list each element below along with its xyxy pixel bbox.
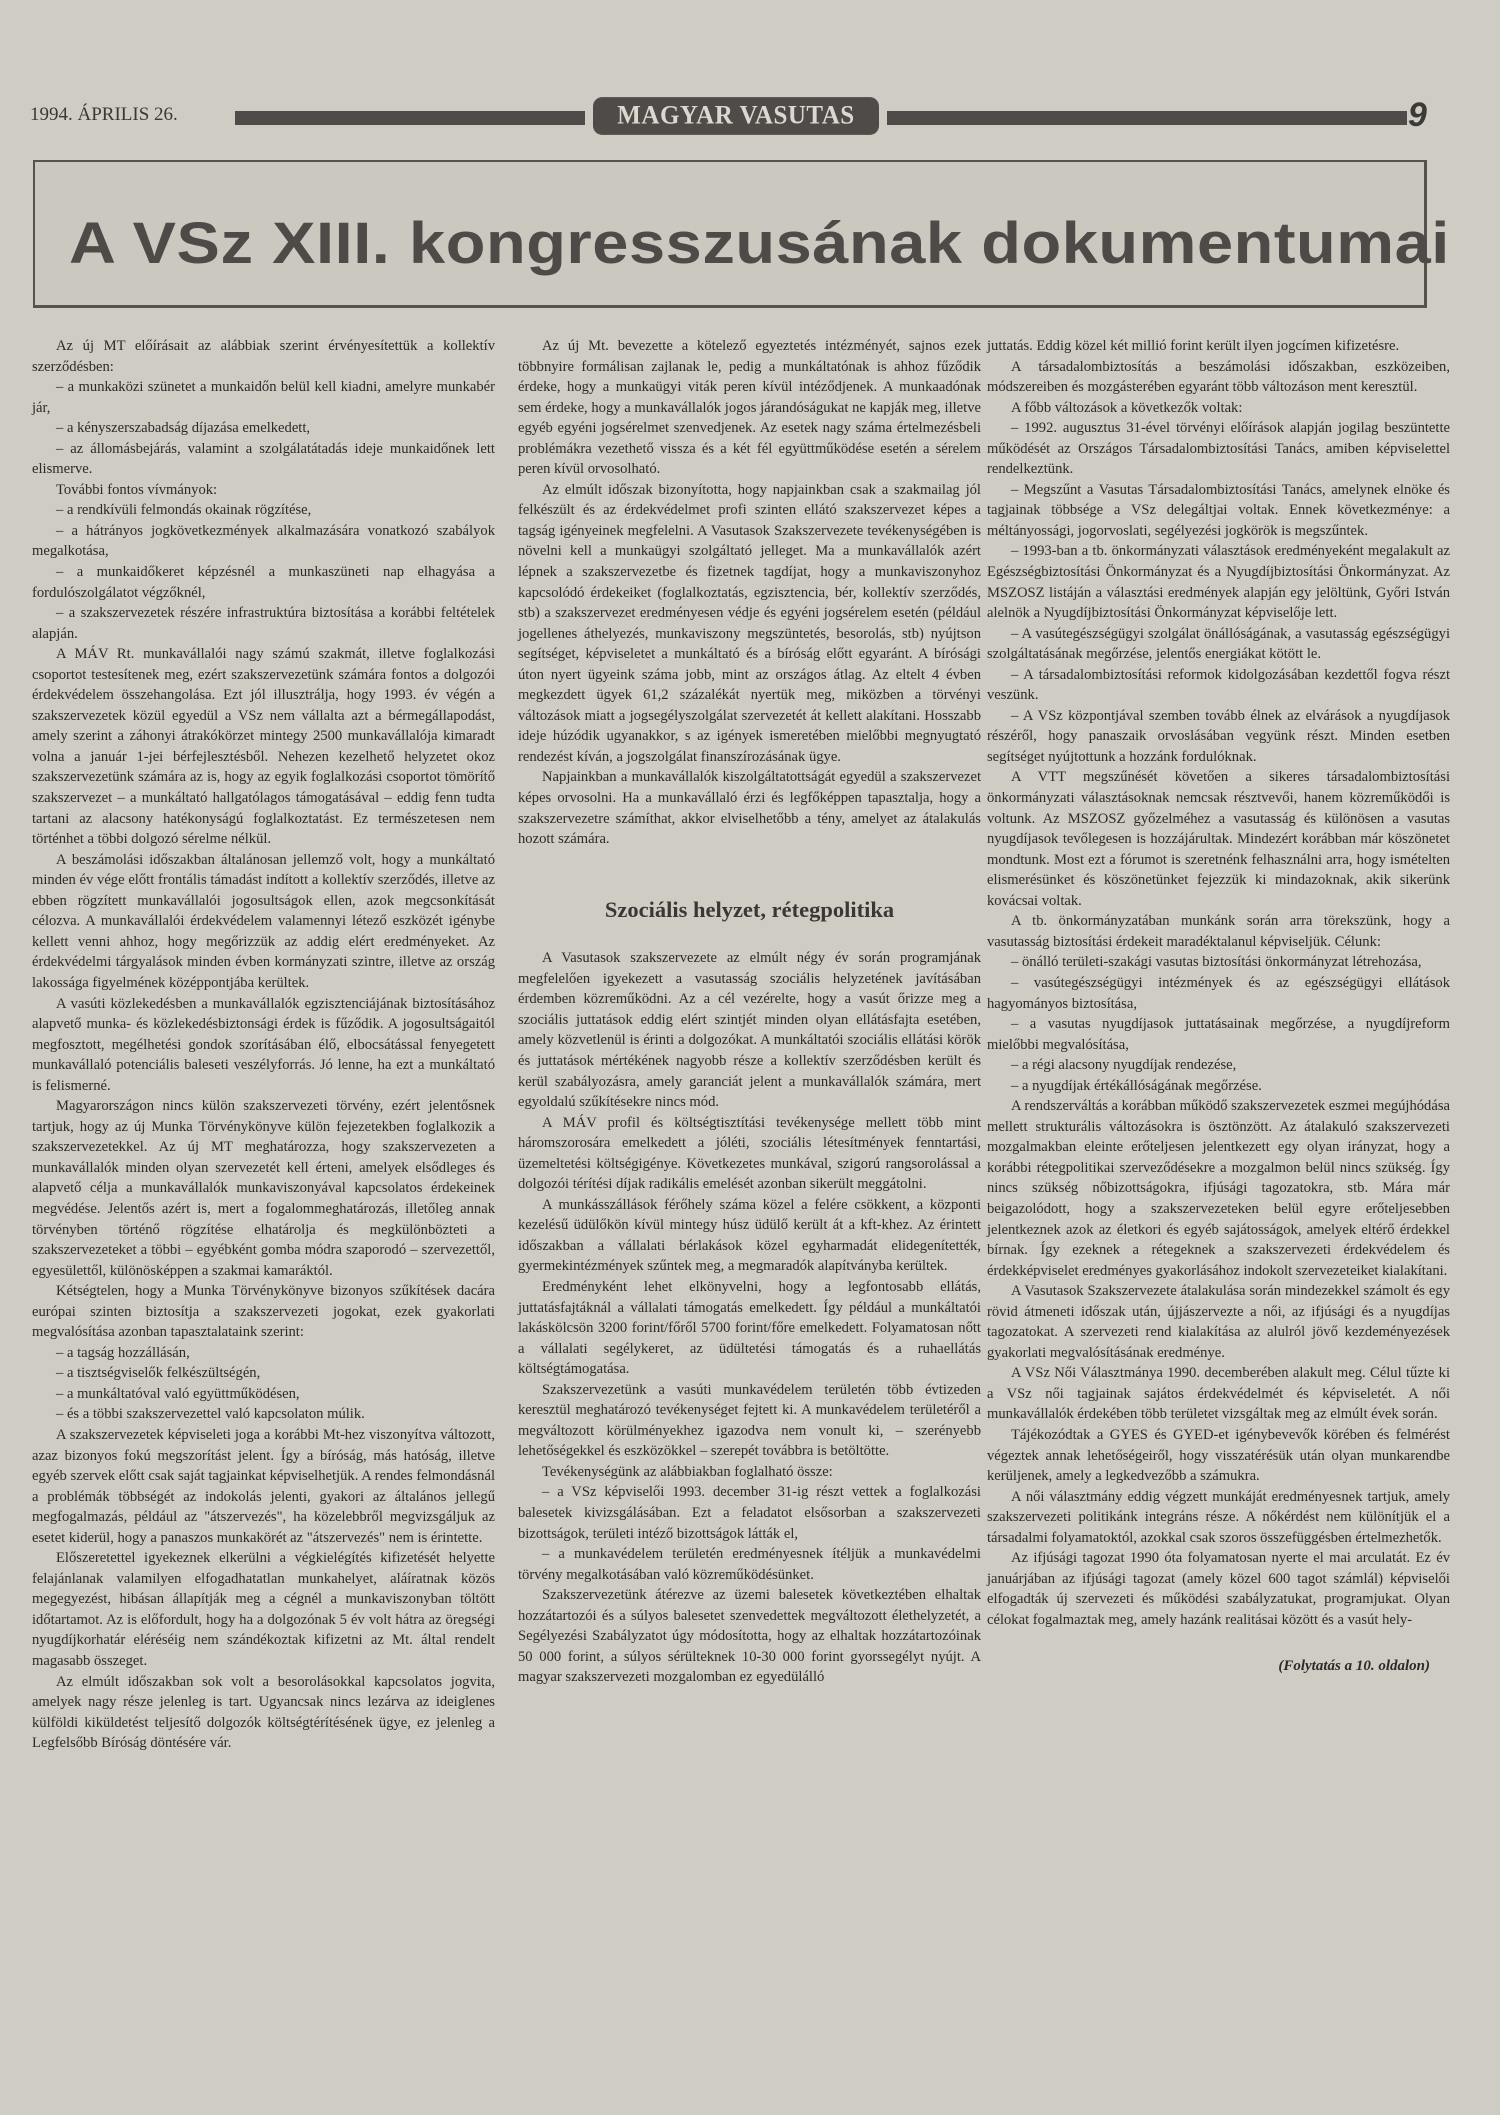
masthead-rule-right: [887, 111, 1407, 125]
paragraph: Szakszervezetünk a vasúti munkavédelem t…: [518, 1380, 981, 1462]
page-number: 9: [1408, 96, 1427, 135]
paragraph: A főbb változások a következők voltak:: [987, 398, 1450, 419]
paragraph: – a szakszervezetek részére infrastruktú…: [32, 603, 495, 644]
paragraph: – A VSz központjával szemben tovább élne…: [987, 706, 1450, 768]
paragraph: – a rendkívüli felmondás okainak rögzíté…: [32, 500, 495, 521]
masthead: 1994. ÁPRILIS 26. MAGYAR VASUTAS 9: [30, 98, 1440, 138]
paragraph: A női választmány eddig végzett munkáját…: [987, 1487, 1450, 1549]
headline-box: A VSz XIII. kongresszusának dokumentumai: [33, 160, 1427, 308]
issue-date: 1994. ÁPRILIS 26.: [30, 104, 178, 126]
paragraph: – A vasútegészségügyi szolgálat önállósá…: [987, 624, 1450, 665]
paragraph: – a VSz képviselői 1993. december 31-ig …: [518, 1482, 981, 1544]
paragraph: A beszámolási időszakban általánosan jel…: [32, 850, 495, 994]
paragraph: Az új Mt. bevezette a kötelező egyezteté…: [518, 336, 981, 480]
paragraph: Magyarországon nincs külön szakszervezet…: [32, 1096, 495, 1281]
paragraph: – a munkavédelem területén eredményesnek…: [518, 1544, 981, 1585]
paragraph: – a tagság hozzállásán,: [32, 1343, 495, 1364]
paragraph: A VTT megszűnését követően a sikeres tár…: [987, 767, 1450, 911]
paragraph: Napjainkban a munkavállalók kiszolgáltat…: [518, 767, 981, 849]
paragraph: A tb. önkormányzatában munkánk során arr…: [987, 911, 1450, 952]
paragraph: A munkásszállások férőhely száma közel a…: [518, 1195, 981, 1277]
paragraph: – a tisztségviselők felkészültségén,: [32, 1363, 495, 1384]
paragraph: Tevékenységünk az alábbiakban foglalható…: [518, 1462, 981, 1483]
paragraph: – a munkaidőkeret képzésnél a munkaszüne…: [32, 562, 495, 603]
paragraph: – a munkaközi szünetet a munkaidőn belül…: [32, 377, 495, 418]
text-column-3: juttatás. Eddig közel két millió forint …: [987, 336, 1450, 1677]
paragraph: – A társadalombiztosítási reformok kidol…: [987, 665, 1450, 706]
paragraph: A MÁV profil és költségtisztítási tevéke…: [518, 1113, 981, 1195]
paragraph: A szakszervezetek képviseleti joga a kor…: [32, 1425, 495, 1548]
paragraph: – 1992. augusztus 31-ével törvényi előír…: [987, 418, 1450, 480]
paragraph: – a nyugdíjak értékállóságának megőrzése…: [987, 1076, 1450, 1097]
paragraph: A Vasutasok szakszervezete az elmúlt nég…: [518, 948, 981, 1112]
paragraph: Előszeretettel igyekeznek elkerülni a vé…: [32, 1548, 495, 1671]
paragraph: Szakszervezetünk átérezve az üzemi bales…: [518, 1585, 981, 1688]
paragraph: A vasúti közlekedésben a munkavállalók e…: [32, 994, 495, 1097]
paragraph: További fontos vívmányok:: [32, 480, 495, 501]
paragraph: A VSz Női Választmánya 1990. decemberébe…: [987, 1363, 1450, 1425]
continuation-note: (Folytatás a 10. oldalon): [987, 1656, 1450, 1677]
paragraph: – a munkáltatóval való együttműködésen,: [32, 1384, 495, 1405]
paragraph: Tájékozódtak a GYES és GYED-et igénybeve…: [987, 1425, 1450, 1487]
text-column-1: Az új MT előírásait az alábbiak szerint …: [32, 336, 495, 1754]
paragraph: A társadalombiztosítás a beszámolási idő…: [987, 357, 1450, 398]
paragraph: A rendszerváltás a korábban működő szaks…: [987, 1096, 1450, 1281]
paragraph: – a régi alacsony nyugdíjak rendezése,: [987, 1055, 1450, 1076]
masthead-rule-left: [235, 111, 585, 125]
paragraph: Az elmúlt időszak bizonyította, hogy nap…: [518, 480, 981, 768]
paragraph: – a vasutas nyugdíjasok juttatásainak me…: [987, 1014, 1450, 1055]
text-column-2: Az új Mt. bevezette a kötelező egyezteté…: [518, 336, 981, 1688]
paragraph: Az elmúlt időszakban sok volt a besorolá…: [32, 1672, 495, 1754]
paragraph: A Vasutasok Szakszervezete átalakulása s…: [987, 1281, 1450, 1363]
paragraph: – és a többi szakszervezettel való kapcs…: [32, 1404, 495, 1425]
paragraph: Az új MT előírásait az alábbiak szerint …: [32, 336, 495, 377]
paragraph: Eredményként lehet elkönyvelni, hogy a l…: [518, 1277, 981, 1380]
article-headline: A VSz XIII. kongresszusának dokumentumai: [69, 210, 1450, 277]
paragraph-continuation: juttatás. Eddig közel két millió forint …: [987, 336, 1450, 357]
section-subheading: Szociális helyzet, rétegpolitika: [518, 900, 981, 921]
paragraph: – a kényszerszabadság díjazása emelkedet…: [32, 418, 495, 439]
paragraph: Kétségtelen, hogy a Munka Törvénykönyve …: [32, 1281, 495, 1343]
paragraph: Az ifjúsági tagozat 1990 óta folyamatosa…: [987, 1548, 1450, 1630]
paragraph: – Megszűnt a Vasutas Társadalombiztosítá…: [987, 480, 1450, 542]
paragraph: – vasútegészségügyi intézmények és az eg…: [987, 973, 1450, 1014]
paragraph: – 1993-ban a tb. önkormányzati választás…: [987, 541, 1450, 623]
paragraph: – az állomásbejárás, valamint a szolgála…: [32, 439, 495, 480]
paragraph: – a hátrányos jogkövetkezmények alkalmaz…: [32, 521, 495, 562]
publication-logo: MAGYAR VASUTAS: [593, 97, 879, 135]
paragraph: A MÁV Rt. munkavállalói nagy számú szakm…: [32, 644, 495, 849]
paragraph: – önálló területi-szakági vasutas biztos…: [987, 952, 1450, 973]
